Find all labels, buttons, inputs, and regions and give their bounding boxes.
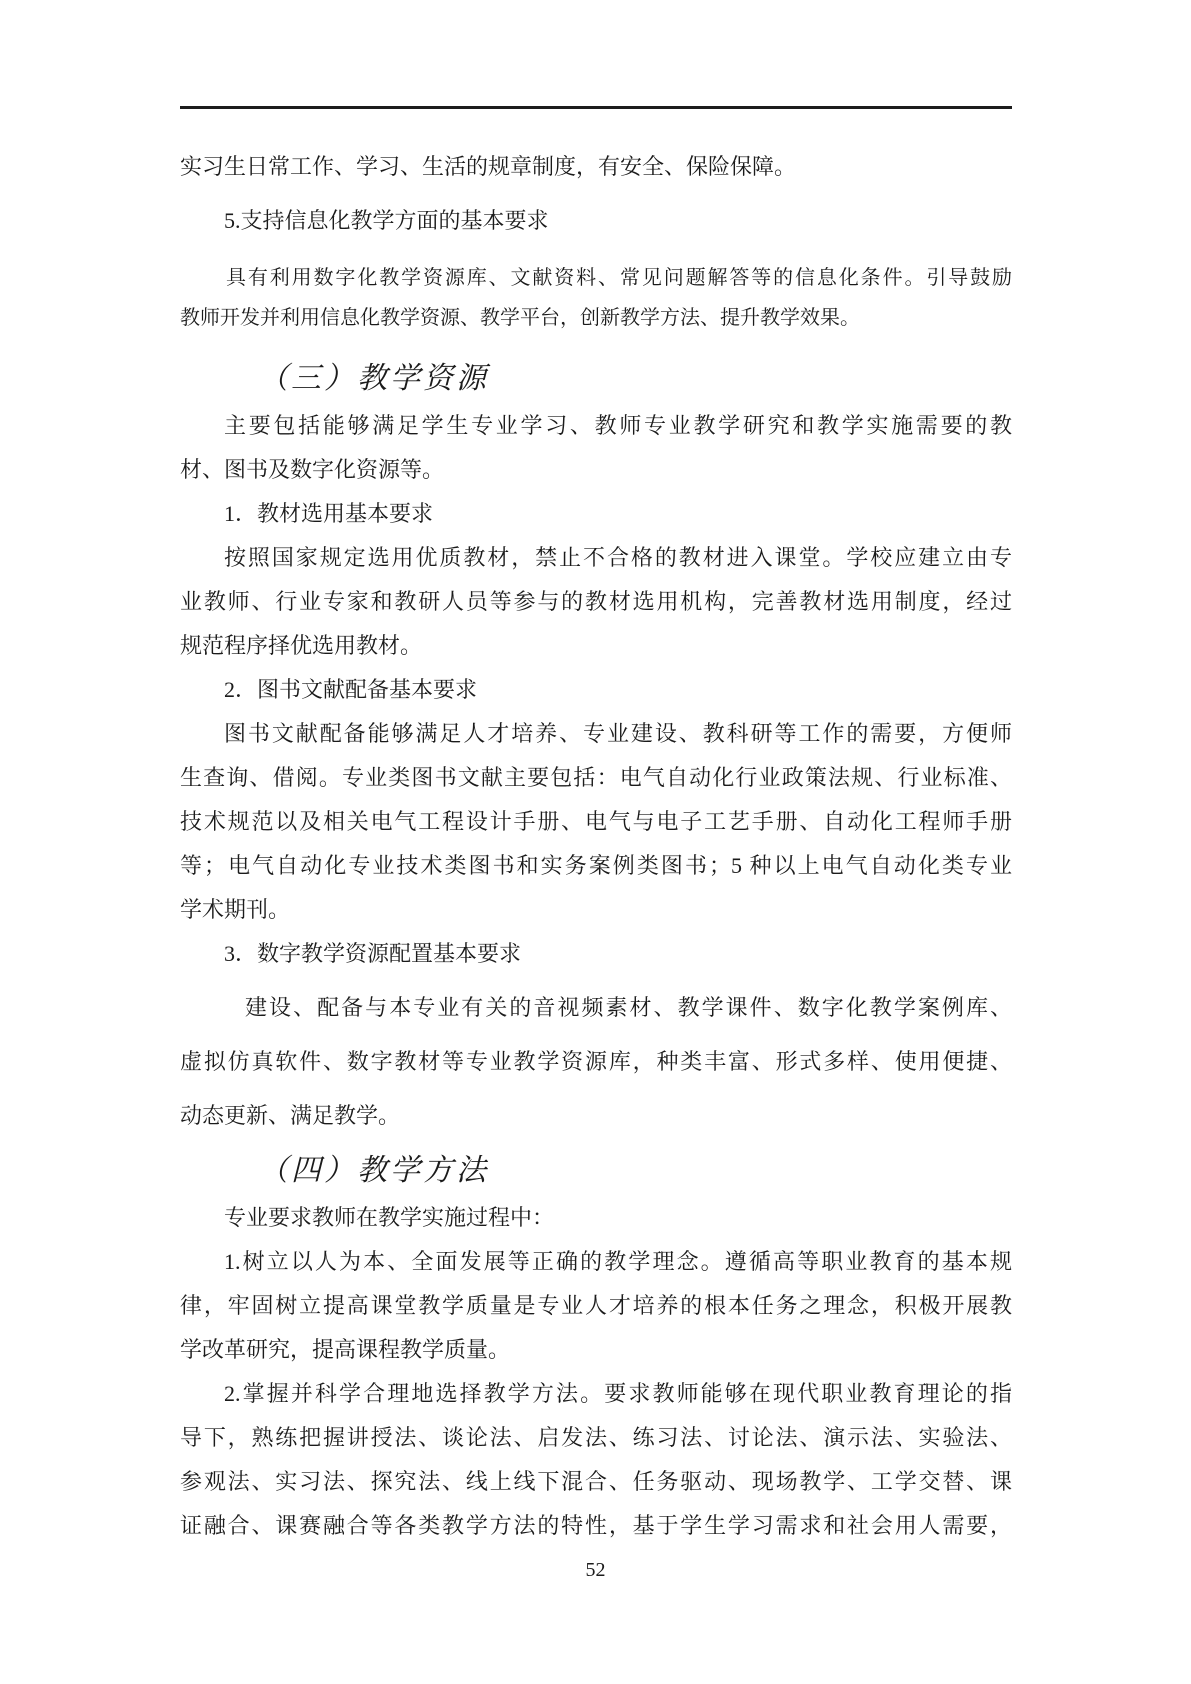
- text-line: 参观法、实习法、探究法、线上线下混合、任务驱动、现场教学、工学交替、课: [180, 1460, 1012, 1504]
- text-line: 1．教材选用基本要求: [180, 492, 1012, 536]
- text-line: 规范程序择优选用教材。: [180, 624, 1012, 668]
- text-line: 技术规范以及相关电气工程设计手册、电气与电子工艺手册、自动化工程师手册: [180, 800, 1012, 844]
- text-line: 业教师、行业专家和教研人员等参与的教材选用机构，完善教材选用制度，经过: [180, 580, 1012, 624]
- document-page: { "document": { "page_number": "52", "li…: [0, 0, 1191, 1684]
- text-line: 3．数字教学资源配置基本要求: [180, 932, 1012, 976]
- page-number: 52: [0, 1558, 1191, 1582]
- section-heading: （四）教学方法: [180, 1146, 1012, 1196]
- text-line: 证融合、课赛融合等各类教学方法的特性，基于学生学习需求和社会用人需要，: [180, 1504, 1012, 1548]
- section-heading: （三）教学资源: [180, 354, 1012, 404]
- text-line: 等；电气自动化专业技术类图书和实务案例类图书；5 种以上电气自动化类专业: [180, 844, 1012, 888]
- text-line: 2.掌握并科学合理地选择教学方法。要求教师能够在现代职业教育理论的指: [180, 1372, 1012, 1416]
- text-line: 5.支持信息化教学方面的基本要求: [180, 199, 1012, 243]
- text-line: 生查询、借阅。专业类图书文献主要包括：电气自动化行业政策法规、行业标准、: [180, 756, 1012, 800]
- text-line: 教师开发并利用信息化教学资源、教学平台，创新教学方法、提升教学效果。: [180, 298, 1012, 338]
- text-line: 具有利用数字化教学资源库、文献资料、常见问题解答等的信息化条件。引导鼓励: [180, 258, 1012, 298]
- text-line: 图书文献配备能够满足人才培养、专业建设、教科研等工作的需要，方便师: [180, 712, 1012, 756]
- text-line: 学术期刊。: [180, 888, 1012, 932]
- text-line: 虚拟仿真软件、数字教材等专业教学资源库，种类丰富、形式多样、使用便捷、: [180, 1035, 1012, 1089]
- text-line: 导下，熟练把握讲授法、谈论法、启发法、练习法、讨论法、演示法、实验法、: [180, 1416, 1012, 1460]
- text-line: 按照国家规定选用优质教材，禁止不合格的教材进入课堂。学校应建立由专: [180, 536, 1012, 580]
- text-line: 2．图书文献配备基本要求: [180, 668, 1012, 712]
- text-line: 动态更新、满足教学。: [180, 1089, 1012, 1143]
- text-line: 主要包括能够满足学生专业学习、教师专业教学研究和教学实施需要的教: [180, 404, 1012, 448]
- text-line: 学改革研究，提高课程教学质量。: [180, 1328, 1012, 1372]
- text-line: 建设、配备与本专业有关的音视频素材、教学课件、数字化教学案例库、: [180, 981, 1012, 1035]
- text-line: 实习生日常工作、学习、生活的规章制度，有安全、保险保障。: [180, 145, 1012, 189]
- text-line: 1.树立以人为本、全面发展等正确的教学理念。遵循高等职业教育的基本规: [180, 1240, 1012, 1284]
- document-body: 实习生日常工作、学习、生活的规章制度，有安全、保险保障。5.支持信息化教学方面的…: [180, 145, 1012, 1548]
- text-line: 材、图书及数字化资源等。: [180, 448, 1012, 492]
- text-line: 专业要求教师在教学实施过程中：: [180, 1196, 1012, 1240]
- text-line: 律，牢固树立提高课堂教学质量是专业人才培养的根本任务之理念，积极开展教: [180, 1284, 1012, 1328]
- header-rule: [180, 106, 1012, 109]
